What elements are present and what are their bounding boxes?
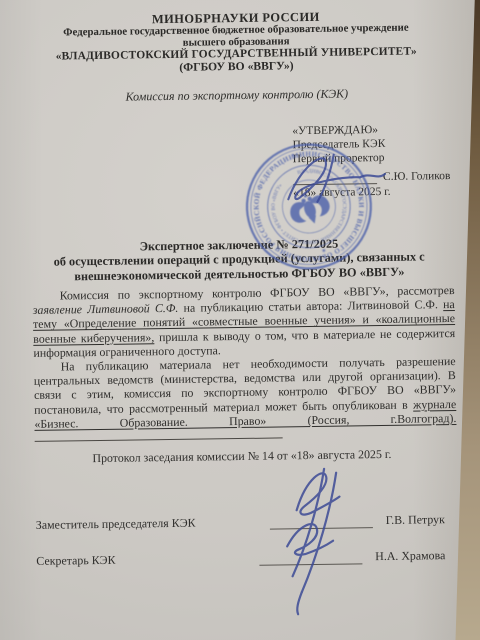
document-content: МИНОБРНАУКИ РОССИИ Федеральное государст…	[0, 0, 480, 640]
signature-row-secretary: Секретарь КЭК Н.А. Храмова	[36, 548, 445, 569]
signer-role: Заместитель председателя КЭК	[36, 516, 196, 533]
approver-name: С.Ю. Голиков	[383, 169, 451, 184]
signature-line	[259, 550, 362, 566]
signatures-block: Заместитель председателя КЭК Г.В. Петрук…	[36, 512, 446, 569]
signer-role: Секретарь КЭК	[36, 553, 115, 569]
signature-row-deputy: Заместитель председателя КЭК Г.В. Петрук	[36, 512, 445, 533]
spacer	[196, 530, 270, 531]
approval-signature-line	[293, 167, 377, 185]
approval-block: «УТВЕРЖДАЮ» Председатель КЭК Первый прор…	[292, 121, 458, 199]
photo-frame: МИНОБРНАУКИ РОССИИ Федеральное государст…	[0, 0, 480, 640]
approver-role-2: Первый проректор	[293, 149, 458, 165]
signature-line	[270, 513, 373, 529]
document-title: Экспертное заключение № 271/2025 об осущ…	[0, 234, 479, 284]
commission-subtitle: Комиссия по экспортному контролю (КЭК)	[0, 85, 477, 105]
signer-name: Г.В. Петрук	[386, 512, 445, 528]
protocol-line: Протокол заседания комиссии № 14 от «18»…	[2, 446, 480, 467]
approval-date: «18» августа 2025 г.	[293, 183, 458, 199]
p2-text-a: На публикацию материала нет необходимост…	[34, 354, 456, 416]
letterhead: МИНОБРНАУКИ РОССИИ Федеральное государст…	[0, 0, 477, 76]
approval-signature-row: С.Ю. Голиков	[293, 165, 458, 184]
trailing-rule-line	[35, 427, 283, 441]
signer-name: Н.А. Храмова	[375, 548, 445, 564]
spacer	[116, 566, 260, 568]
paragraph-1: Комиссия по экспортному контролю ФГБОУ В…	[33, 283, 456, 360]
paragraph-2: На публикацию материала нет необходимост…	[34, 354, 457, 445]
document-page: МИНОБРНАУКИ РОССИИ Федеральное государст…	[0, 0, 480, 640]
